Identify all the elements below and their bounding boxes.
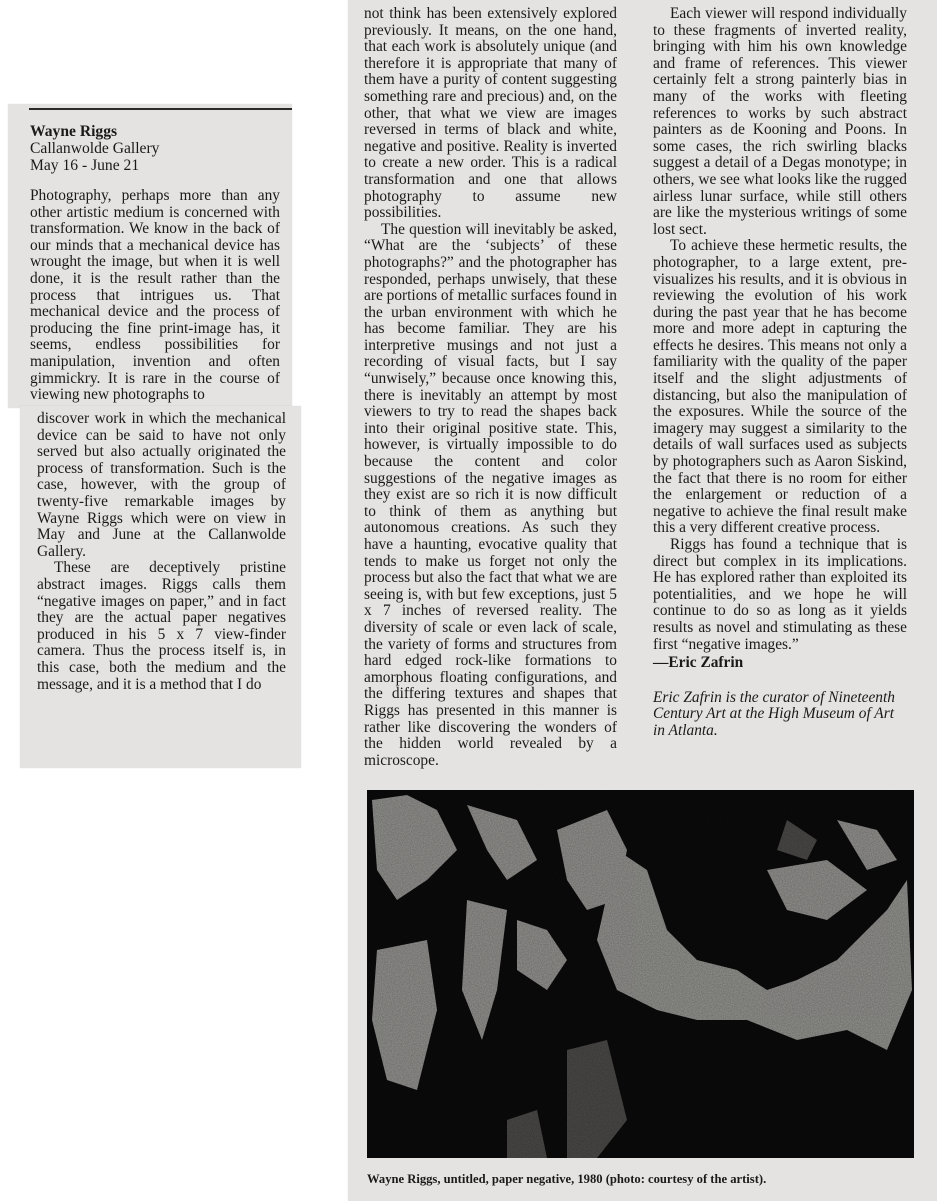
paragraph: not think has been extensively explored … <box>364 6 617 222</box>
paragraph: To achieve these hermetic results, the p… <box>653 238 907 537</box>
photo-caption: Wayne Riggs, untitled, paper negative, 1… <box>367 1172 927 1187</box>
author-bio: Eric Zafrin is the curator of Nineteenth… <box>653 690 907 740</box>
paragraph: These are deceptively pristine abstract … <box>37 560 286 693</box>
exhibition-header: Wayne Riggs Callanwolde Gallery May 16 -… <box>30 123 290 174</box>
artwork-photograph <box>367 790 914 1158</box>
author-byline: —Eric Zafrin <box>653 655 907 672</box>
article-column-2: not think has been extensively explored … <box>364 6 617 769</box>
article-column-3: Each viewer will respond individually to… <box>653 6 907 740</box>
article-column-1-bottom: discover work in which the mechanical de… <box>37 411 286 693</box>
paragraph: discover work in which the mechanical de… <box>37 411 286 560</box>
exhibition-dates: May 16 - June 21 <box>30 157 290 174</box>
article-column-1-top: Photography, perhaps more than any other… <box>30 188 280 404</box>
header-rule <box>29 108 292 110</box>
paragraph: The question will inevitably be asked, “… <box>364 222 617 770</box>
artist-name: Wayne Riggs <box>30 123 290 140</box>
paragraph: Each viewer will respond individually to… <box>653 6 907 238</box>
venue-name: Callanwolde Gallery <box>30 140 290 157</box>
paragraph: Riggs has found a technique that is dire… <box>653 537 907 653</box>
paragraph: Photography, perhaps more than any other… <box>30 188 280 404</box>
abstract-negative-image <box>367 790 914 1158</box>
